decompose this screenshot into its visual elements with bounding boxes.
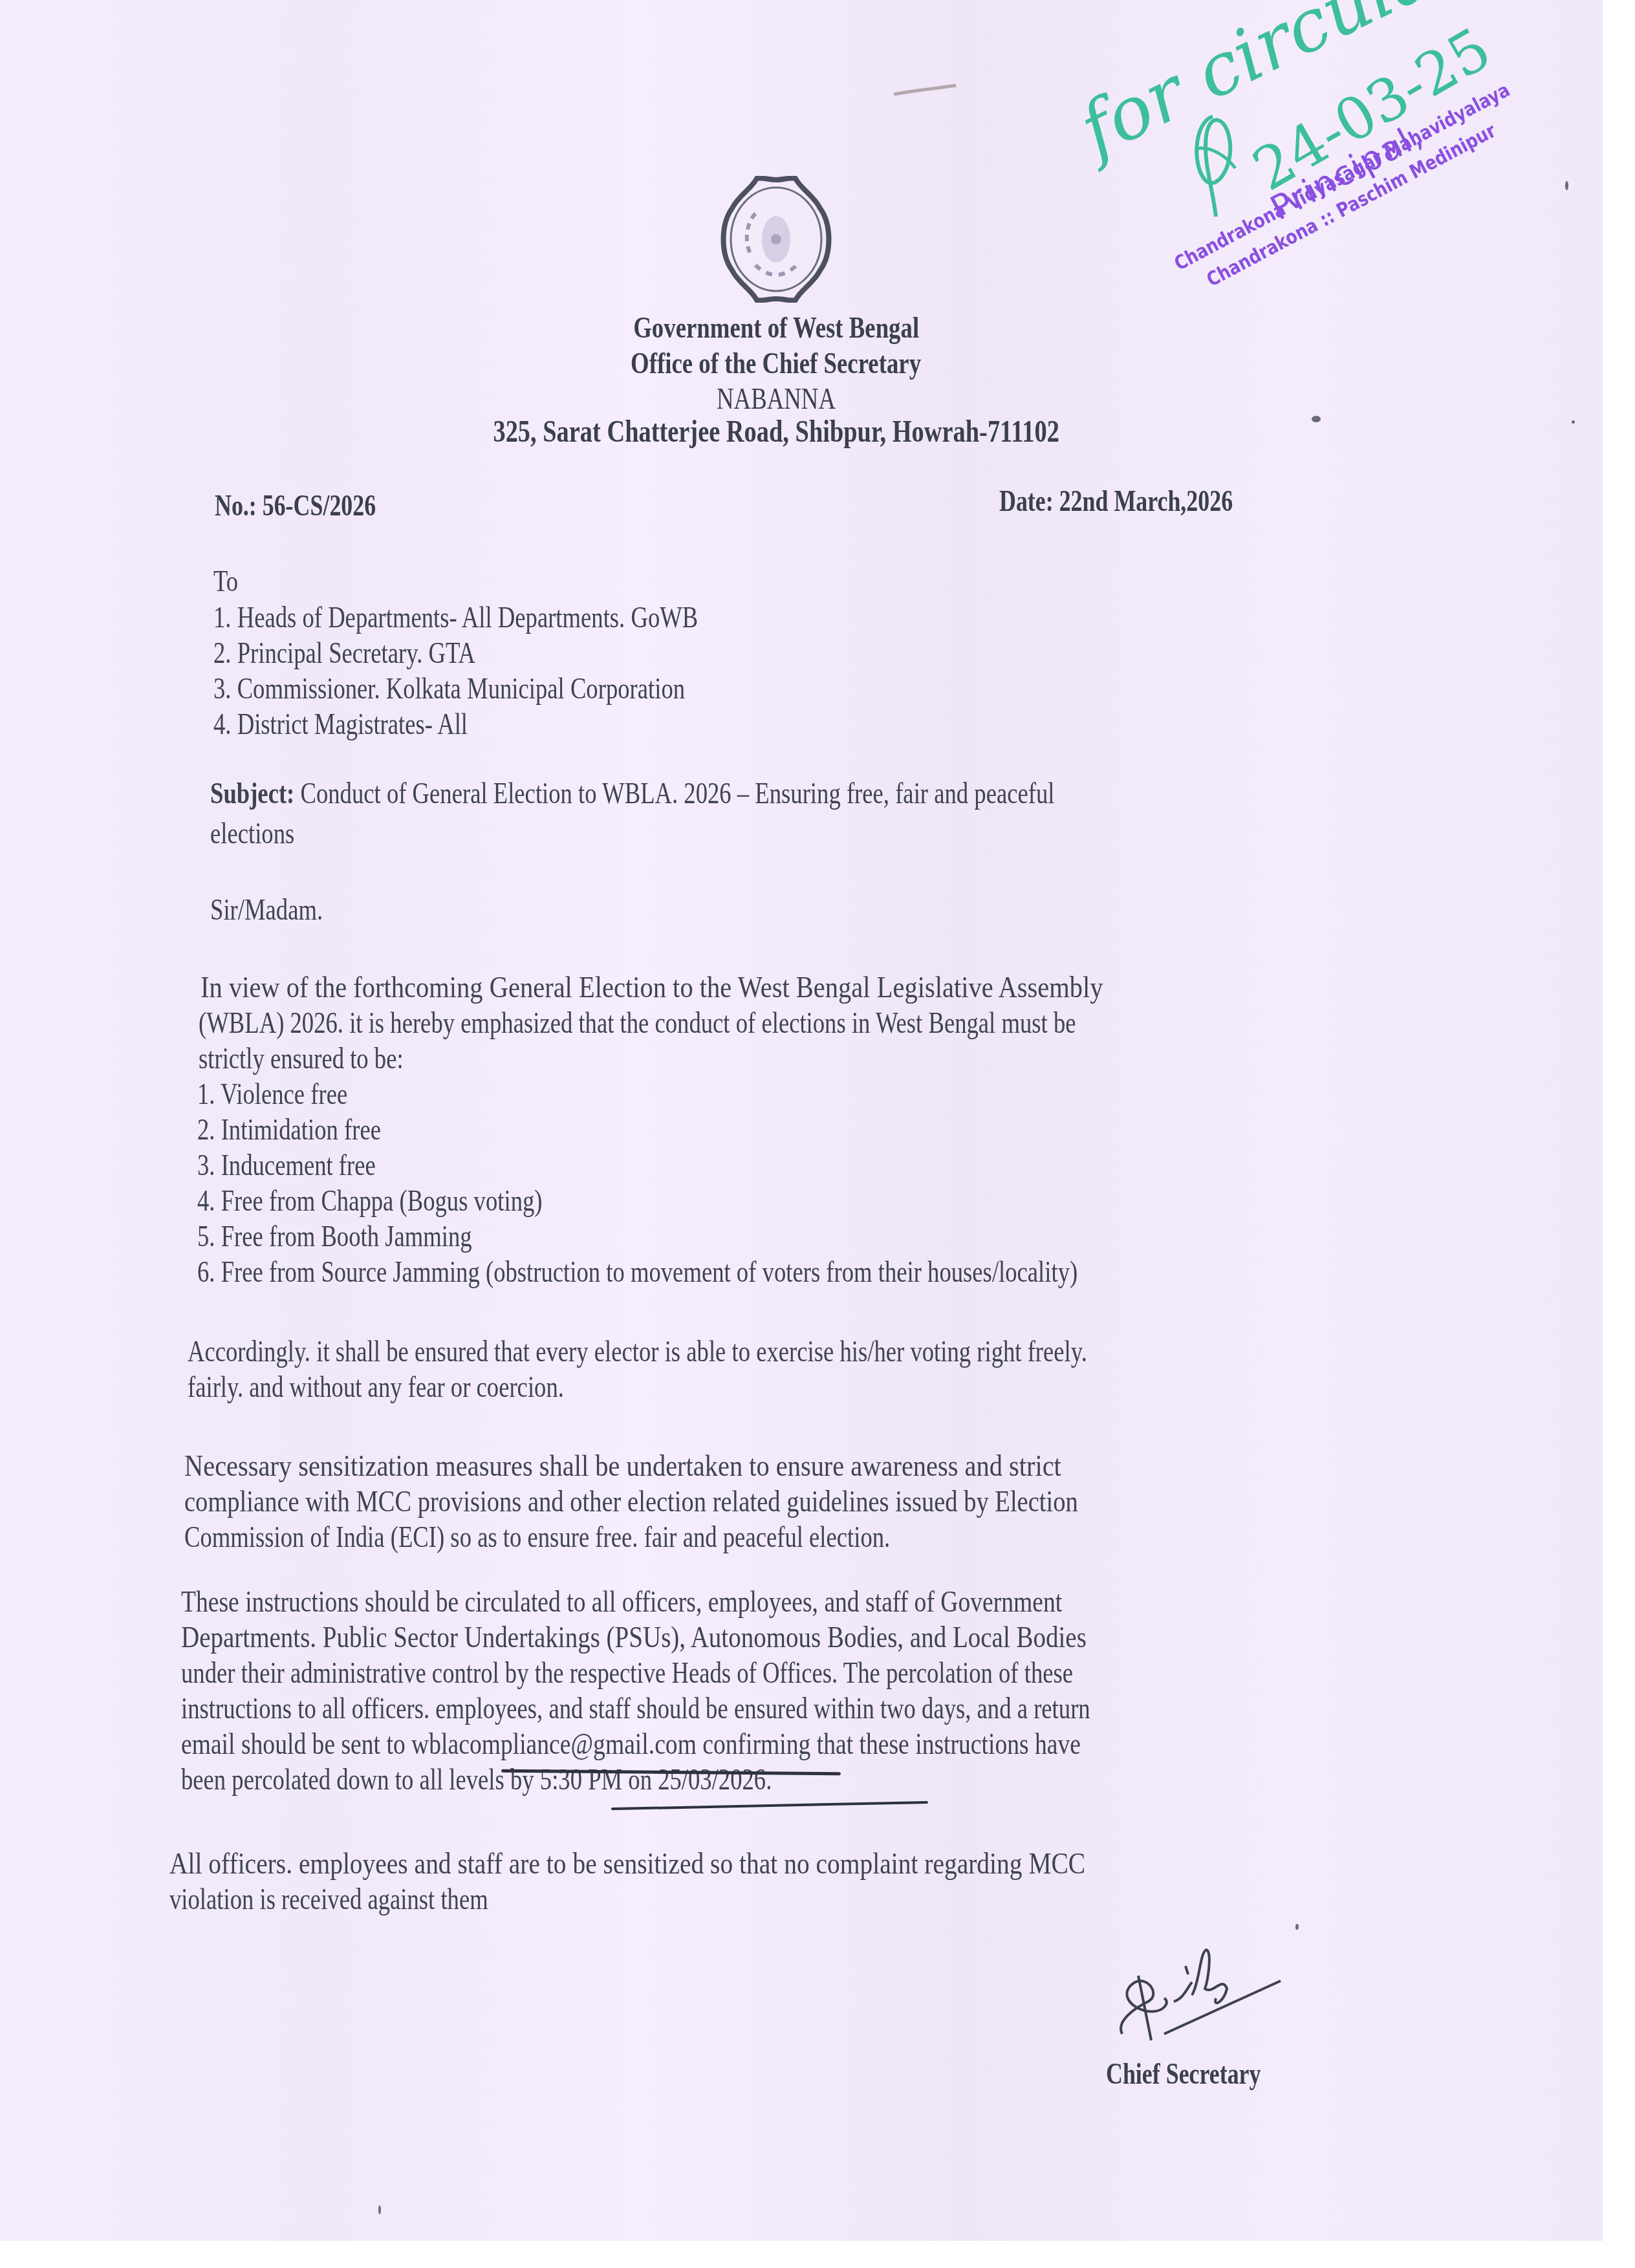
paragraph-line-deadline: been percolated down to all levels by 5:… — [181, 1762, 772, 1797]
paragraph-line: Accordingly. it shall be ensured that ev… — [188, 1334, 1087, 1369]
deadline-text: 5:30 PM on 25/03/2026. — [540, 1763, 772, 1797]
letterhead-line-1: Government of West Bengal — [633, 310, 919, 345]
deadline-prefix: been percolated down to all levels by — [181, 1763, 540, 1797]
letter-page: for circulation 24-03-25 Principal, Chan… — [0, 0, 1603, 2241]
subject-text: Conduct of General Election to WBLA. 202… — [300, 777, 1054, 810]
condition-item: 4. Free from Chappa (Bogus voting) — [197, 1183, 543, 1218]
return-email-link[interactable]: wblacompliance@gmail.com — [411, 1727, 697, 1761]
condition-item: 6. Free from Source Jamming (obstruction… — [197, 1255, 1077, 1290]
condition-item: 5. Free from Booth Jamming — [197, 1219, 472, 1254]
condition-item: 3. Inducement free — [197, 1148, 376, 1183]
salutation: Sir/Madam. — [210, 892, 323, 927]
email-prefix: email should be sent to — [181, 1727, 411, 1761]
paragraph-line: Departments. Public Sector Undertakings … — [181, 1620, 1087, 1655]
condition-item: 2. Intimidation free — [197, 1112, 381, 1147]
letterhead-government: Government of West Bengal — [0, 310, 1552, 345]
paragraph-line: These instructions should be circulated … — [181, 1584, 1062, 1619]
paragraph-line: Commission of India (ECI) so as to ensur… — [184, 1520, 890, 1555]
subject-line: Subject: Conduct of General Election to … — [210, 776, 1054, 811]
reference-number: No.: 56-CS/2026 — [215, 488, 376, 523]
email-suffix: confirming that these instructions have — [697, 1727, 1081, 1761]
paragraph-line: (WBLA) 2026. it is hereby emphasized tha… — [199, 1006, 1076, 1041]
west-bengal-emblem-icon — [717, 176, 836, 303]
scan-speck — [1565, 181, 1568, 190]
subject-label: Subject: — [210, 777, 294, 810]
scan-speck — [1295, 1924, 1299, 1930]
scan-speck — [378, 2205, 381, 2214]
signatory-designation: Chief Secretary — [1106, 2057, 1261, 2091]
recipient-item: 3. Commissioner. Kolkata Municipal Corpo… — [213, 671, 685, 706]
letterhead-address-text: 325, Sarat Chatterjee Road, Shibpur, How… — [493, 414, 1059, 449]
handwritten-underline-deadline — [611, 1801, 928, 1810]
paragraph-line: compliance with MCC provisions and other… — [184, 1484, 1078, 1519]
paragraph-line: strictly ensured to be: — [199, 1041, 404, 1076]
letterhead-line-3: NABANNA — [717, 382, 836, 416]
scan-speck — [1572, 420, 1575, 424]
scan-speck — [1312, 416, 1321, 422]
recipient-item: 2. Principal Secretary. GTA — [213, 636, 475, 671]
recipient-item: 4. District Magistrates- All — [213, 707, 468, 742]
handwritten-initials — [1187, 110, 1245, 220]
paragraph-line: Necessary sensitization measures shall b… — [184, 1449, 1061, 1484]
recipient-item: 1. Heads of Departments- All Departments… — [213, 600, 698, 635]
letterhead-office: Office of the Chief Secretary — [0, 346, 1552, 380]
letterhead-line-2: Office of the Chief Secretary — [631, 346, 922, 380]
paragraph-line: under their administrative control by th… — [181, 1656, 1073, 1690]
subject-line-2: elections — [210, 816, 294, 851]
paragraph-line-email: email should be sent to wblacompliance@g… — [181, 1727, 1081, 1762]
chief-secretary-signature — [1109, 1937, 1303, 2053]
condition-item: 1. Violence free — [197, 1077, 347, 1112]
letterhead-nabanna: NABANNA — [0, 382, 1552, 416]
letter-date: Date: 22nd March,2026 — [999, 484, 1233, 518]
stray-pencil-mark — [893, 84, 957, 97]
paragraph-line: fairly. and without any fear or coercion… — [188, 1370, 564, 1405]
paragraph-line: violation is received against them — [169, 1882, 488, 1917]
paragraph-line: All officers. employees and staff are to… — [169, 1846, 1085, 1881]
to-label: To — [213, 564, 238, 599]
paragraph-line: In view of the forthcoming General Elect… — [200, 970, 1103, 1005]
paragraph-line: instructions to all officers. employees,… — [181, 1691, 1090, 1726]
